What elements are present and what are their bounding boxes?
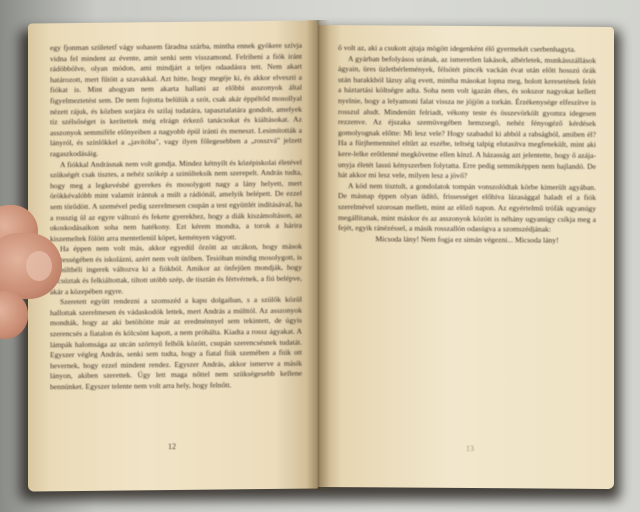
left-page: egy fjonman születetf vágy sohasem fárad…	[28, 20, 318, 491]
paragraph: A gyárban befolyásos urának, az ismeretl…	[338, 54, 596, 183]
closing-line: Micsoda lány! Nem fogja ez simán végezni…	[338, 234, 596, 246]
paragraph: A fiókkal Andrásnak nem volt gondja. Min…	[50, 157, 302, 244]
right-page-text: ő volt az, aki a csukott ajtaja mögött i…	[338, 43, 596, 246]
right-page: ő volt az, aki a csukott ajtaja mögött i…	[318, 25, 614, 489]
paragraph: Ha éppen nem volt más, akkor egyedül őrz…	[50, 242, 302, 298]
thumbnail	[26, 251, 52, 281]
page-number: 12	[168, 442, 176, 451]
page-number: 13	[466, 444, 474, 453]
paragraph: egy fjonman születetf vágy sohasem fárad…	[50, 41, 302, 160]
hand-holding-book	[0, 205, 62, 355]
left-page-text: egy fjonman születetf vágy sohasem fárad…	[50, 41, 302, 393]
paragraph: A köd nem tisztult, a gondolatok tompán …	[338, 181, 596, 236]
book-gutter	[306, 20, 330, 490]
paragraph: Szeretett együtt rendezni a szomszéd a k…	[50, 295, 302, 393]
